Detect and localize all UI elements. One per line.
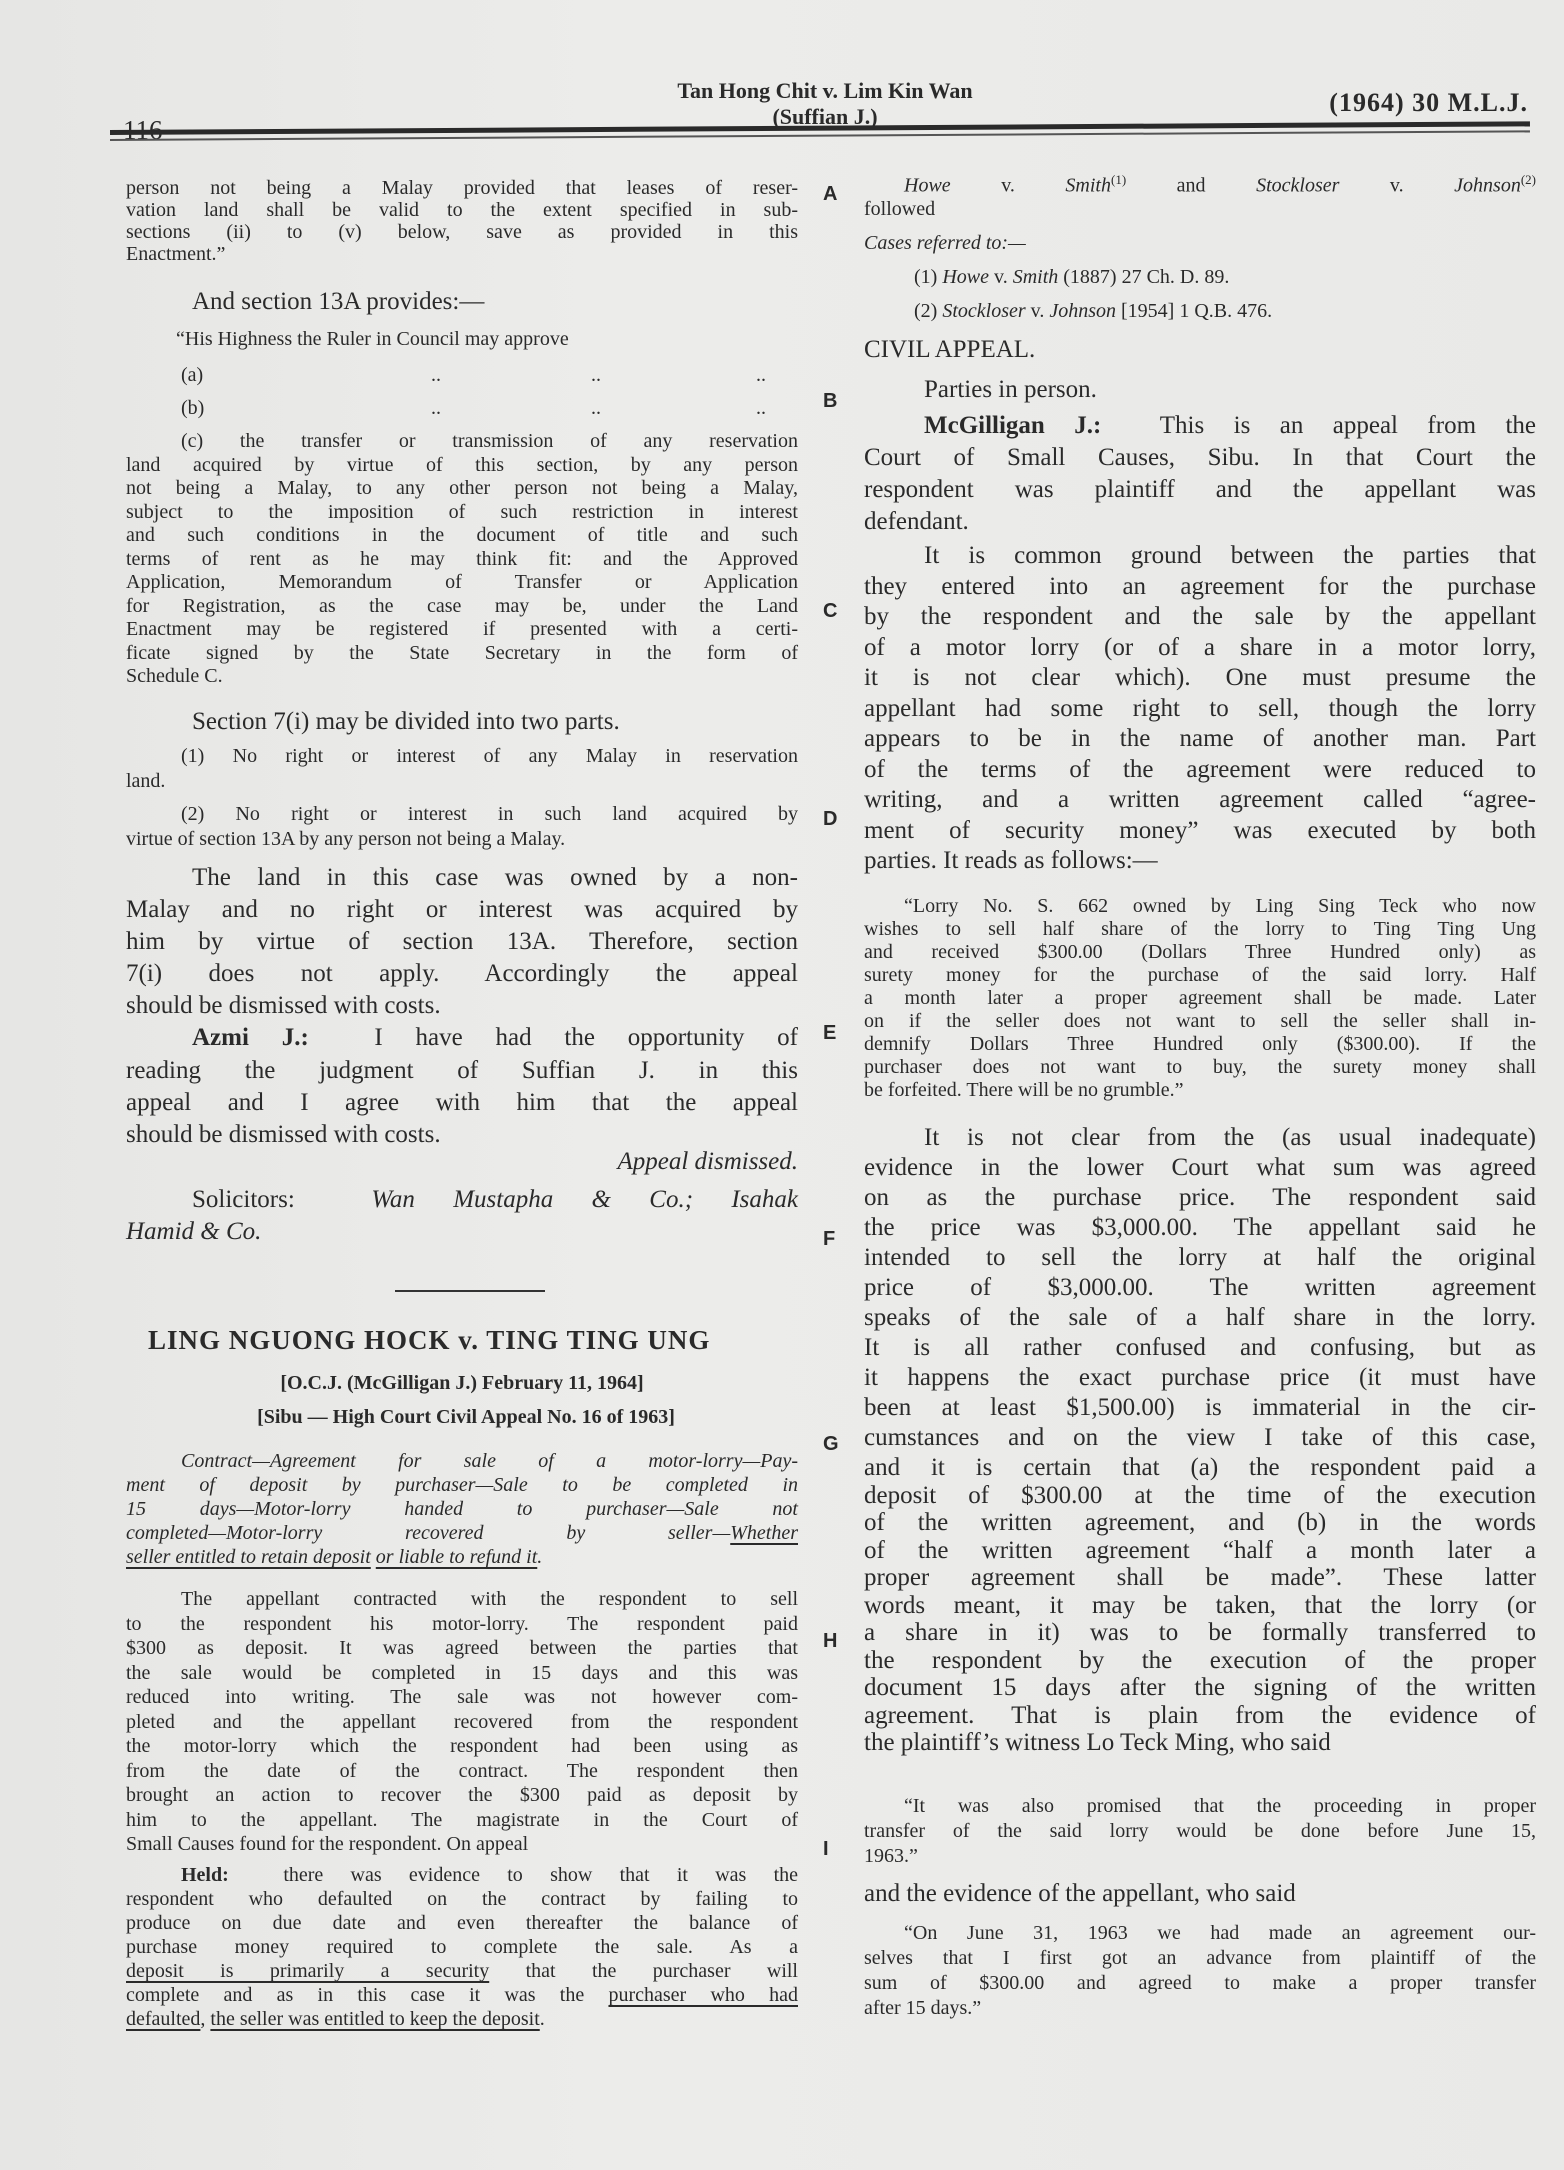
item-b: (b)...... — [181, 397, 798, 420]
judgment-line: appears to be in the name of another man… — [864, 725, 1536, 753]
judgment-line: proper agreement shall be made”. These l… — [864, 1564, 1536, 1592]
margin-letter-d: D — [823, 808, 837, 831]
case-reference: (2) Stockloser v. Johnson [1954] 1 Q.B. … — [914, 300, 1536, 323]
held-line: complete and as in this case it was the … — [126, 1984, 798, 2007]
judgment-line: price of $3,000.00. The written agreemen… — [864, 1274, 1536, 1302]
held-line: deposit is primarily a security that the… — [126, 1960, 798, 1983]
section-13a-quote-line: “His Highness the Ruler in Council may a… — [176, 328, 798, 351]
judgment-line: it is not clear which). One must presume… — [864, 664, 1536, 692]
item-c-line: Enactment may be registered if presented… — [126, 618, 798, 641]
part-2-line: virtue of section 13A by any person not … — [126, 828, 798, 851]
parties-line: Parties in person. — [924, 376, 1536, 404]
judge-name: McGilligan J.: — [924, 412, 1101, 439]
appellant-quote-line: “On June 31, 1963 we had made an agreeme… — [904, 1922, 1536, 1945]
margin-letter-a: A — [823, 183, 837, 206]
agreement-quote-line: be forfeited. There will be no grumble.” — [864, 1079, 1536, 1102]
judgment-line: a share in it) was to be formally transf… — [864, 1619, 1536, 1647]
headnote-line: him to the appellant. The magistrate in … — [126, 1809, 798, 1832]
judgment-line: and it is certain that (a) the responden… — [864, 1454, 1536, 1482]
catchword-line: completed—Motor-lorry recovered by selle… — [126, 1522, 798, 1545]
court-line: [O.C.J. (McGilligan J.) February 11, 196… — [126, 1372, 798, 1395]
judgment-line: defendant. — [864, 508, 1536, 536]
judgment-line: words meant, it may be taken, that the l… — [864, 1592, 1536, 1620]
judgment-line: Court of Small Causes, Sibu. In that Cou… — [864, 444, 1536, 472]
judgment-line: on as the purchase price. The respondent… — [864, 1184, 1536, 1212]
scanned-page: 116 Tan Hong Chit v. Lim Kin Wan (Suffia… — [0, 0, 1564, 2170]
judgment-line: It is all rather confused and confusing,… — [864, 1334, 1536, 1362]
item-c-line: and such conditions in the document of t… — [126, 524, 798, 547]
judgment-line: speaks of the sale of a half share in th… — [864, 1304, 1536, 1332]
judgment-line: deposit of $300.00 at the time of the ex… — [864, 1482, 1536, 1510]
headnote-line: reduced into writing. The sale was not h… — [126, 1686, 798, 1709]
section-7-intro: Section 7(i) may be divided into two par… — [192, 708, 798, 736]
headnote-line: $300 as deposit. It was agreed between t… — [126, 1637, 798, 1660]
held-line: respondent who defaulted on the contract… — [126, 1888, 798, 1911]
headnote-line: to the respondent his motor-lorry. The r… — [126, 1613, 798, 1636]
agreement-quote-line: demnify Dollars Three Hundred only ($300… — [864, 1033, 1536, 1056]
part-2-line: (2) No right or interest in such land ac… — [181, 803, 798, 826]
judgment-line: parties. It reads as follows:— — [864, 847, 1536, 875]
judgment-line: they entered into an agreement for the p… — [864, 573, 1536, 601]
witness-quote-line: “It was also promised that the proceedin… — [904, 1795, 1536, 1818]
statute-quote-line: person not being a Malay provided that l… — [126, 177, 798, 200]
held-line: Held: there was evidence to show that it… — [181, 1864, 798, 1887]
item-c-line: land acquired by virtue of this section,… — [126, 454, 798, 477]
margin-letter-h: H — [823, 1630, 837, 1653]
case-reference: (1) Howe v. Smith (1887) 27 Ch. D. 89. — [914, 266, 1536, 289]
conclusion-line: 7(i) does not apply. Accordingly the app… — [126, 960, 798, 988]
judgment-line: agreement. That is plain from the eviden… — [864, 1702, 1536, 1730]
azmi-judgment-line: should be dismissed with costs. — [126, 1121, 798, 1149]
judgment-line: document 15 days after the signing of th… — [864, 1674, 1536, 1702]
azmi-judgment-line: Azmi J.: I have had the opportunity of — [192, 1024, 798, 1052]
appellant-intro: and the evidence of the appellant, who s… — [864, 1880, 1536, 1908]
catchword-line: 15 days—Motor-lorry handed to purchaser—… — [126, 1498, 798, 1521]
held-line: produce on due date and even thereafter … — [126, 1912, 798, 1935]
held-label: Held: — [181, 1864, 229, 1886]
judgment-line: of the written agreement “half a month l… — [864, 1537, 1536, 1565]
headnote-line: The appellant contracted with the respon… — [181, 1588, 798, 1611]
headnote-line: from the date of the contract. The respo… — [126, 1760, 798, 1783]
margin-letter-g: G — [823, 1433, 839, 1456]
headnote-line: brought an action to recover the $300 pa… — [126, 1784, 798, 1807]
agreement-quote-line: “Lorry No. S. 662 owned by Ling Sing Tec… — [904, 895, 1536, 918]
margin-letter-f: F — [823, 1228, 835, 1251]
citation: (1964) 30 M.L.J. — [1329, 88, 1528, 118]
judgment-line: intended to sell the lorry at half the o… — [864, 1244, 1536, 1272]
judgment-line: It is not clear from the (as usual inade… — [924, 1124, 1536, 1152]
statute-quote-line: vation land shall be valid to the extent… — [126, 199, 798, 222]
disposition: Appeal dismissed. — [126, 1148, 798, 1176]
item-c-line: Application, Memorandum of Transfer or A… — [126, 571, 798, 594]
cases-referred-label: Cases referred to:— — [864, 232, 1536, 255]
held-line: purchase money required to complete the … — [126, 1936, 798, 1959]
part-1-line: land. — [126, 770, 798, 793]
judge-name: Azmi J.: — [192, 1024, 309, 1051]
running-title-case: Tan Hong Chit v. Lim Kin Wan — [560, 78, 1090, 104]
statute-quote-line: sections (ii) to (v) below, save as prov… — [126, 221, 798, 244]
judgment-line: of the written agreement, and (b) in the… — [864, 1509, 1536, 1537]
agreement-quote-line: on if the seller does not want to sell t… — [864, 1010, 1536, 1033]
item-c-line: ficate signed by the State Secretary in … — [126, 642, 798, 665]
headnote-line: Small Causes found for the respondent. O… — [126, 1833, 798, 1856]
judgment-line: appellant had some right to sell, though… — [864, 695, 1536, 723]
case-title: LING NGUONG HOCK v. TING TING UNG — [148, 1325, 798, 1356]
statute-quote-line: Enactment.” — [126, 243, 798, 266]
margin-letter-b: B — [823, 390, 837, 413]
catchword-line: ment of deposit by purchaser—Sale to be … — [126, 1474, 798, 1497]
item-c-line: Schedule C. — [126, 665, 798, 688]
appellant-quote-line: after 15 days.” — [864, 1997, 1536, 2020]
judgment-line: ment of security money” was executed by … — [864, 817, 1536, 845]
judgment-line: the plaintiff’s witness Lo Teck Ming, wh… — [864, 1729, 1536, 1757]
judgment-line: evidence in the lower Court what sum was… — [864, 1154, 1536, 1182]
judgment-line: it happens the exact purchase price (it … — [864, 1364, 1536, 1392]
part-1-line: (1) No right or interest of any Malay in… — [181, 745, 798, 768]
item-a: (a)...... — [181, 364, 798, 387]
held-line: defaulted, the seller was entitled to ke… — [126, 2008, 798, 2031]
judgment-line: It is common ground between the parties … — [924, 542, 1536, 570]
item-c-line: for Registration, as the case may be, un… — [126, 595, 798, 618]
judgment-line: McGilligan J.: This is an appeal from th… — [924, 412, 1536, 440]
section-13a-intro: And section 13A provides:— — [192, 288, 798, 316]
solicitors-line: Solicitors: Wan Mustapha & Co.; Isahak — [192, 1186, 798, 1214]
azmi-judgment-line: reading the judgment of Suffian J. in th… — [126, 1057, 798, 1085]
followed-label: followed — [864, 198, 1536, 221]
judgment-line: by the respondent and the sale by the ap… — [864, 603, 1536, 631]
followed-cases-line: Howe v. Smith(1) and Stockloser v. Johns… — [904, 172, 1536, 198]
solicitors-line: Hamid & Co. — [126, 1218, 798, 1246]
running-title: Tan Hong Chit v. Lim Kin Wan (Suffian J.… — [560, 78, 1090, 130]
judgment-line: the price was $3,000.00. The appellant s… — [864, 1214, 1536, 1242]
judgment-line: respondent was plaintiff and the appella… — [864, 476, 1536, 504]
judgment-line: cumstances and on the view I take of thi… — [864, 1424, 1536, 1452]
conclusion-line: should be dismissed with costs. — [126, 992, 798, 1020]
headnote-line: the sale would be completed in 15 days a… — [126, 1662, 798, 1685]
margin-letter-i: I — [823, 1838, 829, 1861]
azmi-judgment-line: appeal and I agree with him that the app… — [126, 1089, 798, 1117]
conclusion-line: Malay and no right or interest was acqui… — [126, 896, 798, 924]
appellant-quote-line: sum of $300.00 and agreed to make a prop… — [864, 1972, 1536, 1995]
conclusion-line: him by virtue of section 13A. Therefore,… — [126, 928, 798, 956]
judgment-line: writing, and a written agreement called … — [864, 786, 1536, 814]
section-separator — [395, 1290, 545, 1292]
agreement-quote-line: surety money for the purchase of the sai… — [864, 964, 1536, 987]
margin-letter-e: E — [823, 1022, 836, 1045]
judgment-line: of a motor lorry (or of a share in a mot… — [864, 634, 1536, 662]
conclusion-line: The land in this case was owned by a non… — [192, 864, 798, 892]
witness-quote-line: transfer of the said lorry would be done… — [864, 1820, 1536, 1843]
judgment-line: the respondent by the execution of the p… — [864, 1647, 1536, 1675]
headnote-line: pleted and the appellant recovered from … — [126, 1711, 798, 1734]
headnote-line: the motor-lorry which the respondent had… — [126, 1735, 798, 1758]
item-c-line: terms of rent as he may think fit: and t… — [126, 548, 798, 571]
appellant-quote-line: selves that I first got an advance from … — [864, 1947, 1536, 1970]
catchword-line: seller entitled to retain deposit or lia… — [126, 1546, 798, 1569]
agreement-quote-line: a month later a proper agreement shall b… — [864, 987, 1536, 1010]
agreement-quote-line: and received $300.00 (Dollars Three Hund… — [864, 941, 1536, 964]
appeal-line: [Sibu — High Court Civil Appeal No. 16 o… — [146, 1406, 786, 1429]
judgment-line: been at least $1,500.00) is immaterial i… — [864, 1394, 1536, 1422]
item-c-line: subject to the imposition of such restri… — [126, 501, 798, 524]
judgment-line: of the terms of the agreement were reduc… — [864, 756, 1536, 784]
civil-appeal-heading: CIVIL APPEAL. — [864, 336, 1536, 364]
catchword-line: Contract—Agreement for sale of a motor-l… — [181, 1450, 798, 1473]
item-c-line: not being a Malay, to any other person n… — [126, 477, 798, 500]
agreement-quote-line: purchaser does not want to buy, the sure… — [864, 1056, 1536, 1079]
item-c-line: (c) the transfer or transmission of any … — [181, 430, 798, 453]
agreement-quote-line: wishes to sell half share of the lorry t… — [864, 918, 1536, 941]
margin-letter-c: C — [823, 600, 837, 623]
witness-quote-line: 1963.” — [864, 1845, 1536, 1868]
